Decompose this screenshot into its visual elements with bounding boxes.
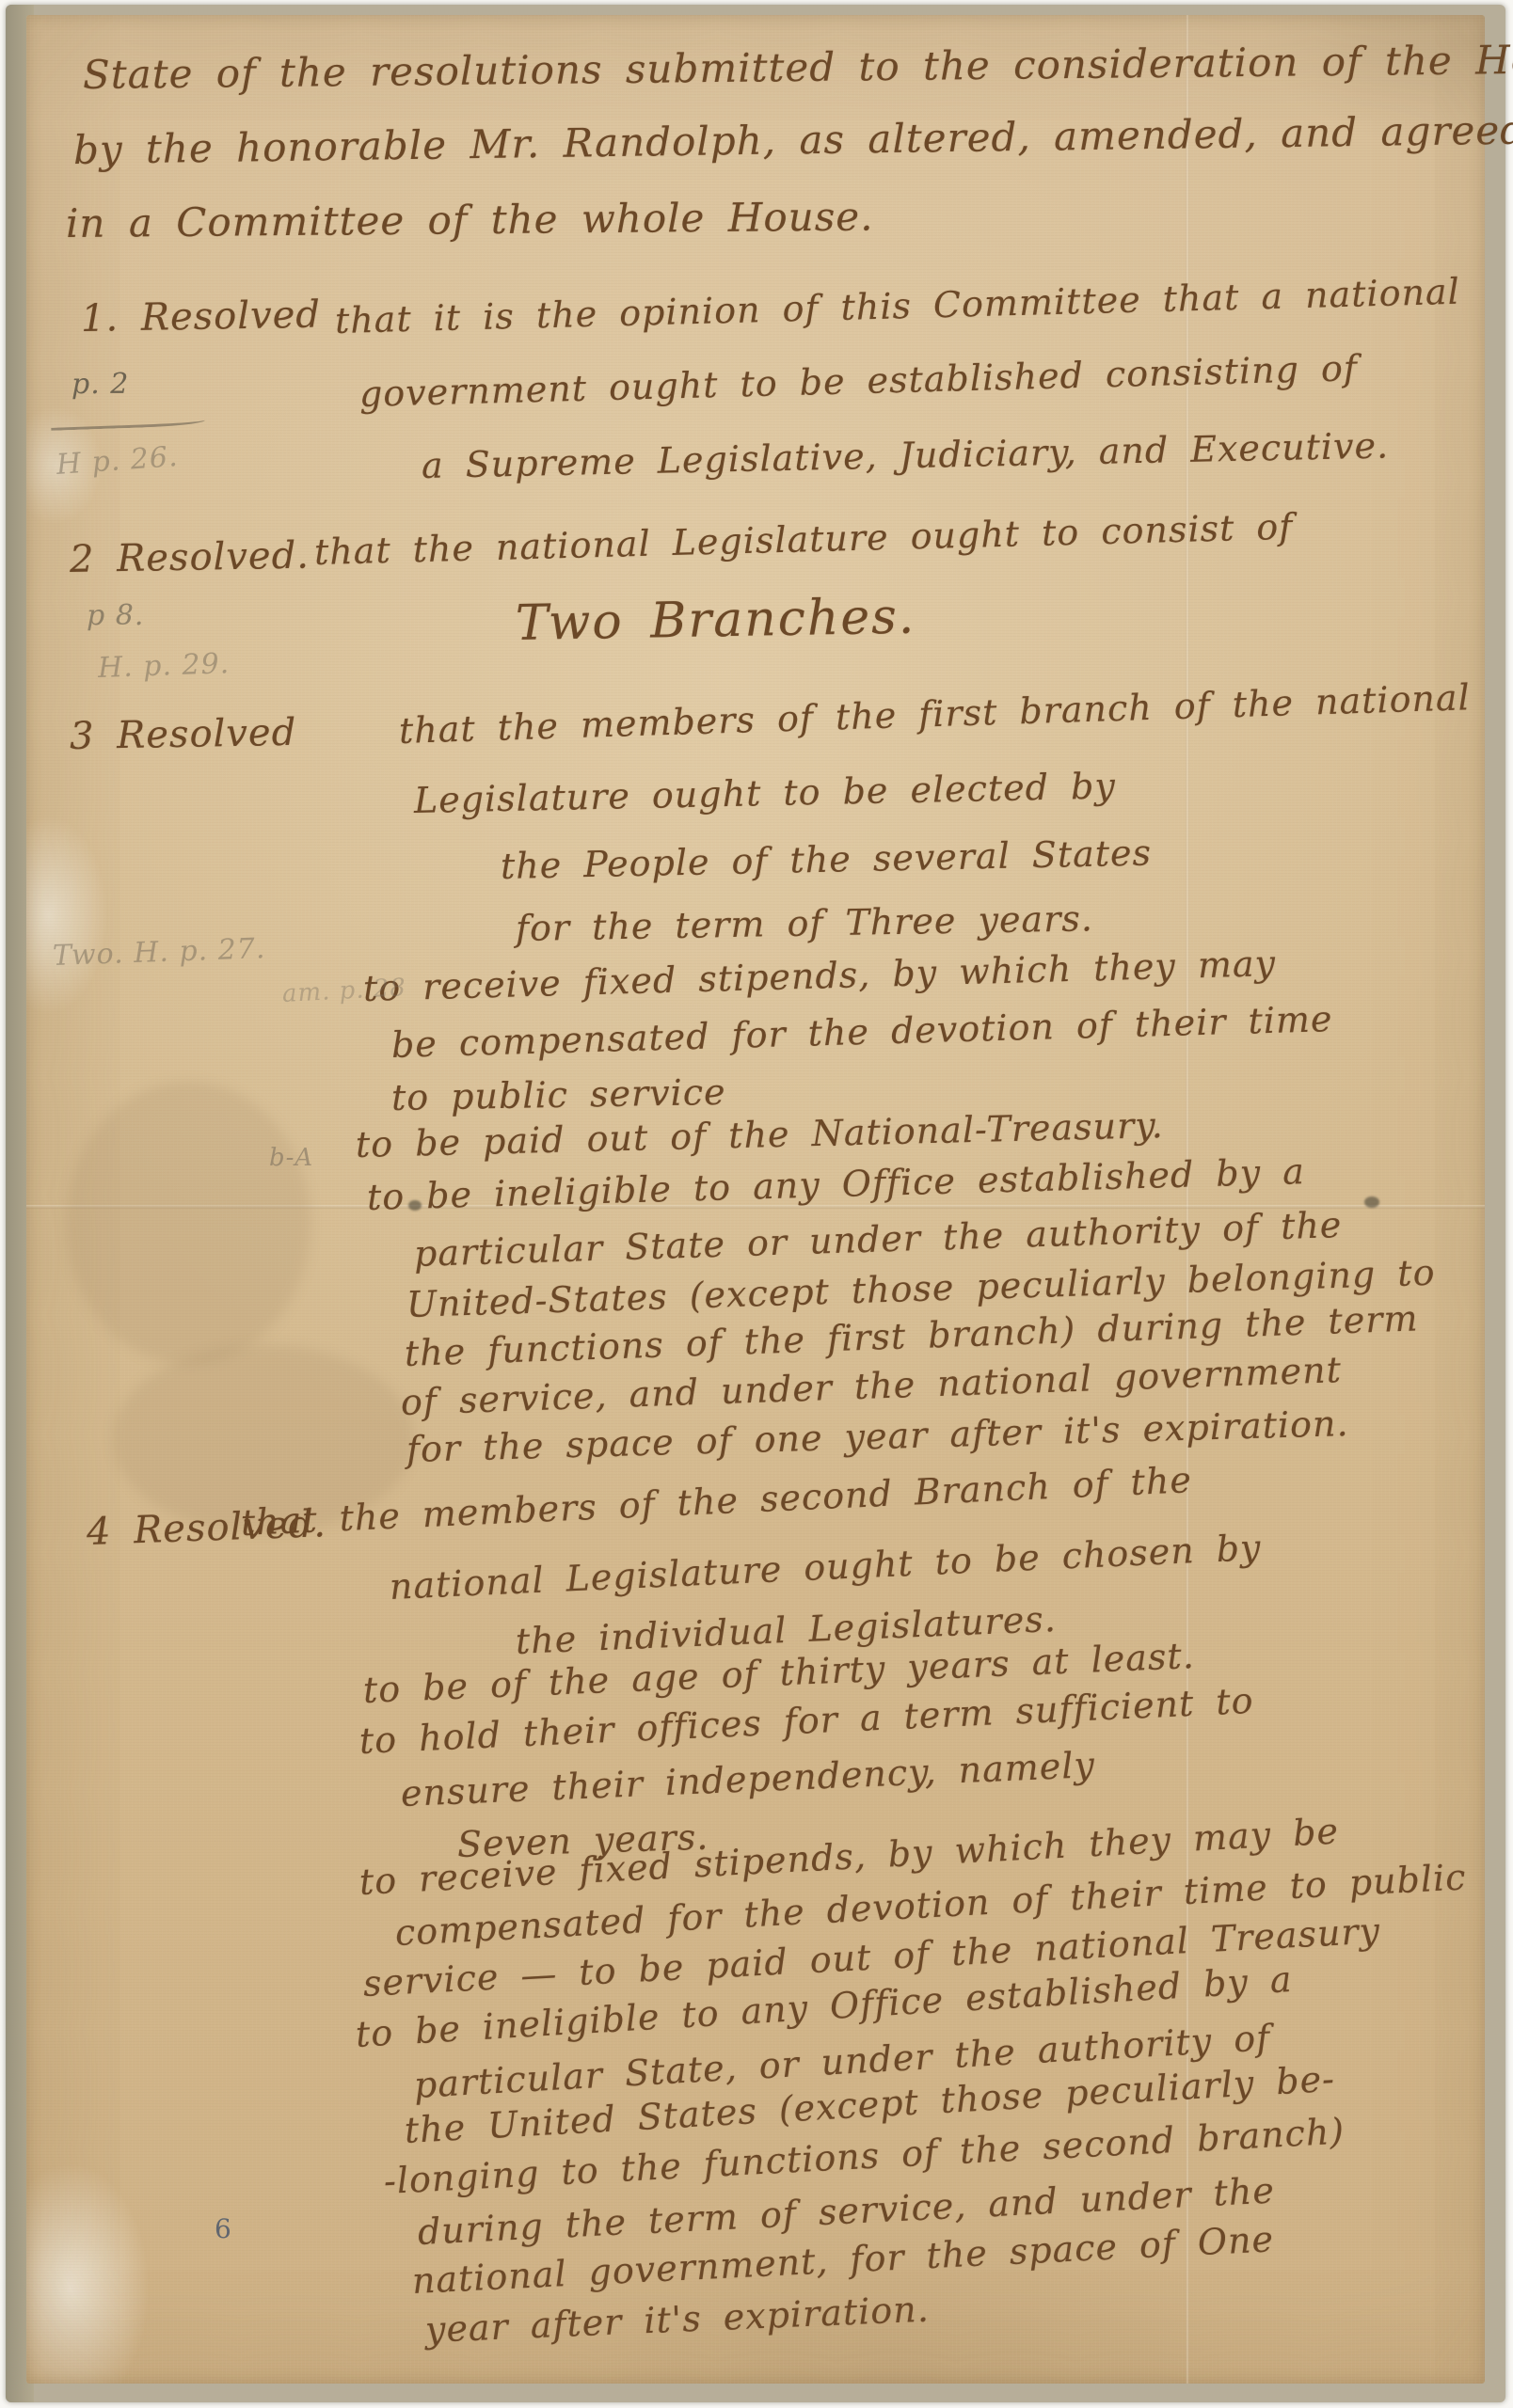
- margin-note-b-a: b-A: [269, 1146, 313, 1170]
- heading-line: in a Committee of the whole House.: [66, 197, 874, 246]
- manuscript-line: Two Branches.: [516, 592, 916, 650]
- margin-note-p8: p 8.: [87, 602, 144, 630]
- resolution-1-label: 1. Resolved: [81, 295, 322, 339]
- margin-note-hp29: H. p. 29.: [97, 650, 230, 683]
- page-number-stamp: 6: [215, 2216, 231, 2242]
- resolution-3-label: 3 Resolved: [70, 713, 297, 756]
- ink-blot: [1364, 1196, 1379, 1208]
- manuscript-line: to public service: [391, 1074, 726, 1117]
- bleed-through-smudge: [66, 1082, 311, 1364]
- resolution-2-label: 2 Resolved.: [70, 536, 311, 579]
- margin-note-two-hp27: Two. H. p. 27.: [52, 935, 265, 971]
- manuscript-scan: { "page": { "heading": [ "State of the r…: [0, 0, 1513, 2408]
- margin-note-am-p28: am. p. 28: [281, 975, 406, 1006]
- margin-note-hp26: H p. 26.: [56, 443, 179, 480]
- margin-note-p2: p. 2: [72, 371, 129, 399]
